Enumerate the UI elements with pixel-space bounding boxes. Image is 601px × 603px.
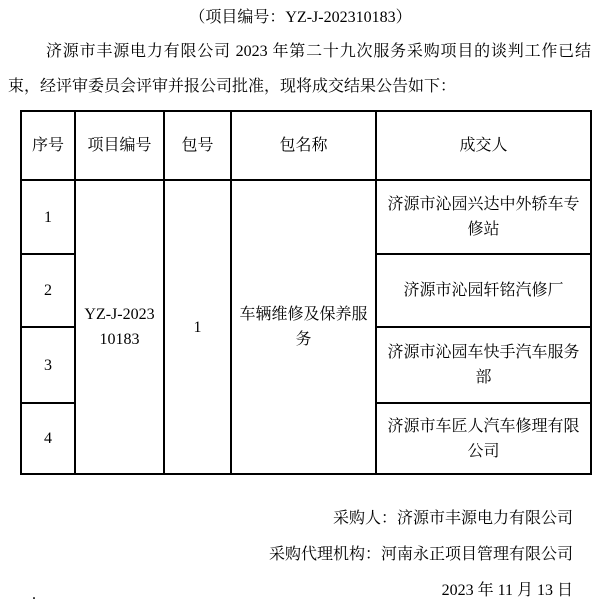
- header-package-name: 包名称: [231, 111, 376, 180]
- purchaser-line: 采购人：济源市丰源电力有限公司: [0, 501, 573, 537]
- project-code-cell: YZ-J-202310183: [75, 180, 164, 474]
- document-title: （项目编号：YZ-J-202310183）: [0, 8, 601, 28]
- footer: 采购人：济源市丰源电力有限公司 采购代理机构：河南永正项目管理有限公司 2023…: [0, 501, 601, 603]
- package-name-cell: 车辆维修及保养服务: [231, 180, 376, 474]
- header-project-code: 项目编号: [75, 111, 164, 180]
- winner-cell: 济源市沁园兴达中外轿车专修站: [376, 180, 591, 254]
- header-seq: 序号: [21, 111, 75, 180]
- date-line: 2023 年 11 月 13 日: [0, 573, 573, 603]
- seq-cell: 2: [21, 254, 75, 327]
- seq-cell: 1: [21, 180, 75, 254]
- package-no-cell: 1: [164, 180, 231, 474]
- stray-punctuation-mark: .: [32, 586, 36, 603]
- table-header-row: 序号 项目编号 包号 包名称 成交人: [21, 111, 591, 180]
- seq-cell: 4: [21, 403, 75, 474]
- seq-cell: 3: [21, 327, 75, 403]
- intro-paragraph: 济源市丰源电力有限公司 2023 年第二十九次服务采购项目的谈判工作已结束，经评…: [8, 34, 591, 104]
- winner-cell: 济源市沁园轩铭汽修厂: [376, 254, 591, 327]
- table-row: 1 YZ-J-202310183 1 车辆维修及保养服务 济源市沁园兴达中外轿车…: [21, 180, 591, 254]
- agency-line: 采购代理机构：河南永正项目管理有限公司: [0, 537, 573, 573]
- result-table: 序号 项目编号 包号 包名称 成交人 1 YZ-J-202310183 1 车辆…: [20, 110, 592, 475]
- winner-cell: 济源市沁园车快手汽车服务部: [376, 327, 591, 403]
- header-winner: 成交人: [376, 111, 591, 180]
- header-package-no: 包号: [164, 111, 231, 180]
- winner-cell: 济源市车匠人汽车修理有限公司: [376, 403, 591, 474]
